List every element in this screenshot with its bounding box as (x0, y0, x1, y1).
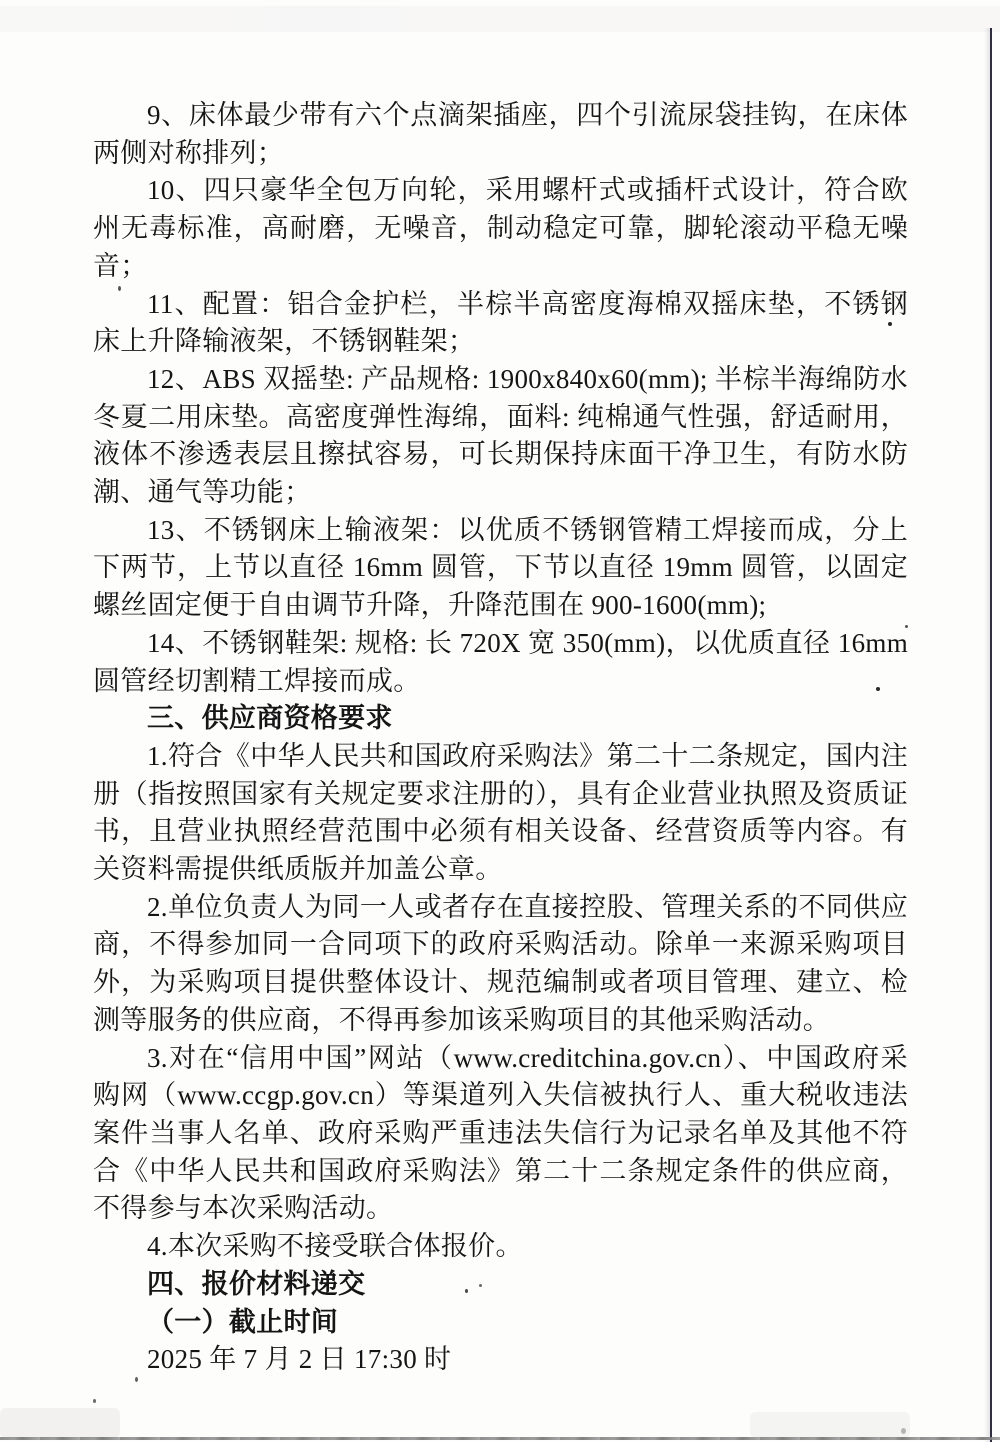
spec-item-9: 9、床体最少带有六个点滴架插座，四个引流尿袋挂钩，在床体两侧对称排列； (93, 97, 908, 172)
scan-speck (93, 1399, 96, 1403)
scan-speck (284, 1352, 286, 1355)
spec-item-13: 13、不锈钢床上输液架：以优质不锈钢管精工焊接而成，分上下两节，上节以直径 16… (93, 512, 908, 625)
scan-speck (876, 687, 880, 691)
qualification-clause-1: 1.符合《中华人民共和国政府采购法》第二十二条规定，国内注册（指按照国家有关规定… (93, 738, 908, 889)
scan-speck (479, 1284, 482, 1287)
spec-item-10: 10、四只豪华全包万向轮，采用螺杆式或插杆式设计，符合欧州无毒标准，高耐磨，无噪… (93, 172, 908, 285)
spec-item-11: 11、配置：铝合金护栏，半棕半高密度海棉双摇床垫，不锈钢床上升降输液架，不锈钢鞋… (93, 286, 908, 361)
spec-item-12: 12、ABS 双摇垫: 产品规格: 1900x840x60(mm); 半棕半海绵… (93, 361, 908, 512)
scan-smudge (750, 1412, 910, 1438)
spec-item-14: 14、不锈钢鞋架: 规格: 长 720X 宽 350(mm)，以优质直径 16m… (93, 625, 908, 700)
deadline-datetime: 2025 年 7 月 2 日 17:30 时 (93, 1341, 908, 1379)
scan-speck (135, 1377, 138, 1382)
scanned-document-page: 9、床体最少带有六个点滴架插座，四个引流尿袋挂钩，在床体两侧对称排列； 10、四… (0, 0, 1000, 1442)
scan-speck (465, 1289, 468, 1293)
document-body: 9、床体最少带有六个点滴架插座，四个引流尿袋挂钩，在床体两侧对称排列； 10、四… (93, 97, 908, 1379)
scan-speck (905, 625, 908, 628)
scan-edge-bottom (0, 1437, 1000, 1440)
qualification-clause-2: 2.单位负责人为同一人或者存在直接控股、管理关系的不同供应商，不得参加同一合同项… (93, 889, 908, 1040)
scan-edge-right (990, 28, 992, 1442)
scan-speck (888, 322, 892, 326)
section-heading-supplier-qualifications: 三、供应商资格要求 (93, 700, 908, 738)
subsection-heading-deadline: （一）截止时间 (93, 1304, 908, 1342)
scan-artifact-top-band (0, 6, 1000, 32)
scan-smudge (0, 1408, 120, 1438)
section-heading-quotation-submission: 四、报价材料递交 (93, 1266, 908, 1304)
qualification-clause-4: 4.本次采购不接受联合体报价。 (93, 1228, 908, 1266)
scan-speck (118, 286, 121, 291)
qualification-clause-3: 3.对在“信用中国”网站（www.creditchina.gov.cn）、中国政… (93, 1040, 908, 1229)
